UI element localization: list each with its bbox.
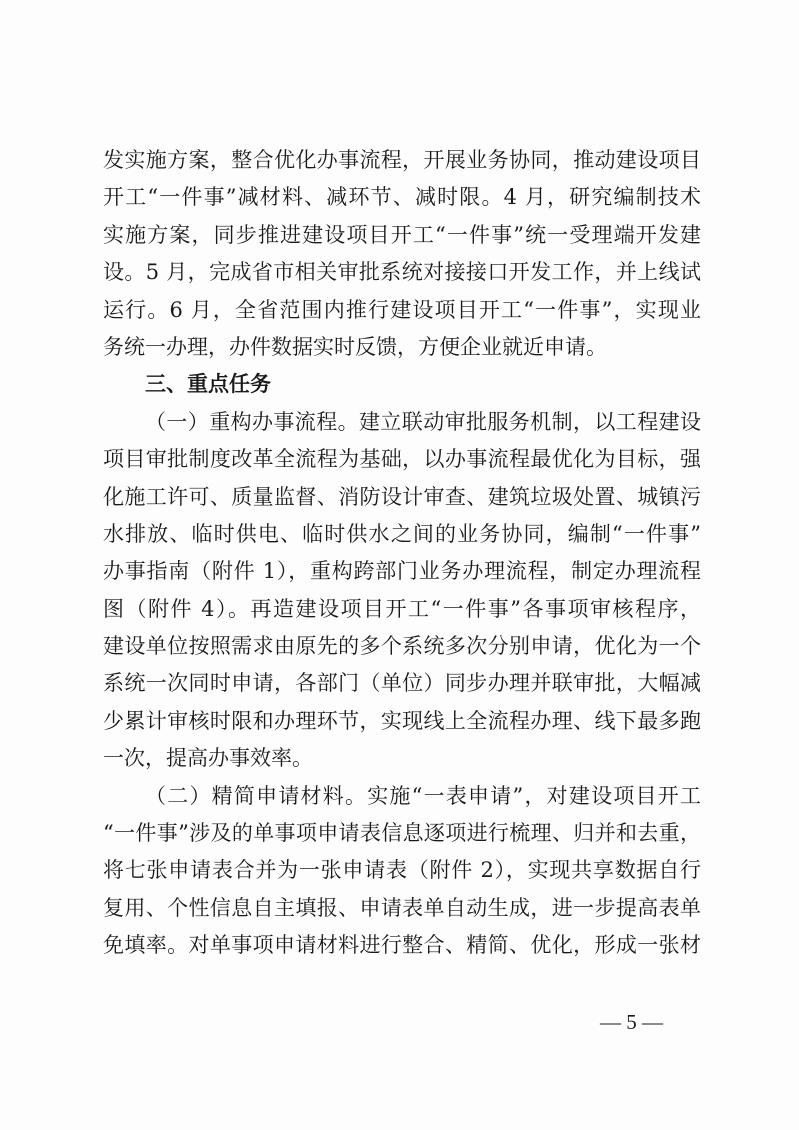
body-line: 一次，提高办事效率。 (103, 740, 701, 777)
body-line: 图（附件 4）。再造建设项目开工“一件事”各事项审核程序， (103, 591, 701, 628)
body-line: “一件事”涉及的单事项申请表信息逐项进行梳理、归并和去重， (103, 815, 701, 852)
section-heading: 三、重点任务 (103, 366, 701, 403)
body-line: 务统一办理，办件数据实时反馈，方便企业就近申请。 (103, 329, 701, 366)
body-line: 开工“一件事”减材料、减环节、减时限。4 月，研究编制技术 (103, 179, 701, 216)
body-line: 化施工许可、质量监督、消防设计审查、建筑垃圾处置、城镇污 (103, 479, 701, 516)
body-line: 发实施方案，整合优化办事流程，开展业务协同，推动建设项目 (103, 142, 701, 179)
body-line: 免填率。对单事项申请材料进行整合、精简、优化，形成一张材 (103, 927, 701, 964)
page-number: — 5 — (600, 1010, 663, 1035)
body-line: 将七张申请表合并为一张申请表（附件 2），实现共享数据自行 (103, 852, 701, 889)
body-line: 系统一次同时申请，各部门（单位）同步办理并联审批，大幅减 (103, 665, 701, 702)
body-line: 复用、个性信息自主填报、申请表单自动生成，进一步提高表单 (103, 890, 701, 927)
subsection-first-line: （二）精简申请材料。实施“一表申请”，对建设项目开工 (103, 778, 701, 815)
body-line: 水排放、临时供电、临时供水之间的业务协同，编制“一件事” (103, 516, 701, 553)
document-body: 发实施方案，整合优化办事流程，开展业务协同，推动建设项目 开工“一件事”减材料、… (103, 142, 701, 965)
body-line: 少累计审核时限和办理环节，实现线上全流程办理、线下最多跑 (103, 703, 701, 740)
document-page: 发实施方案，整合优化办事流程，开展业务协同，推动建设项目 开工“一件事”减材料、… (0, 0, 799, 1130)
body-line: 设。5 月，完成省市相关审批系统对接接口开发工作，并上线试 (103, 254, 701, 291)
body-line: 办事指南（附件 1），重构跨部门业务办理流程，制定办理流程 (103, 553, 701, 590)
subsection-first-line: （一）重构办事流程。建立联动审批服务机制，以工程建设 (103, 404, 701, 441)
body-line: 运行。6 月，全省范围内推行建设项目开工“一件事”，实现业 (103, 292, 701, 329)
body-line: 实施方案，同步推进建设项目开工“一件事”统一受理端开发建 (103, 217, 701, 254)
body-line: 建设单位按照需求由原先的多个系统多次分别申请，优化为一个 (103, 628, 701, 665)
body-line: 项目审批制度改革全流程为基础，以办事流程最优化为目标，强 (103, 441, 701, 478)
